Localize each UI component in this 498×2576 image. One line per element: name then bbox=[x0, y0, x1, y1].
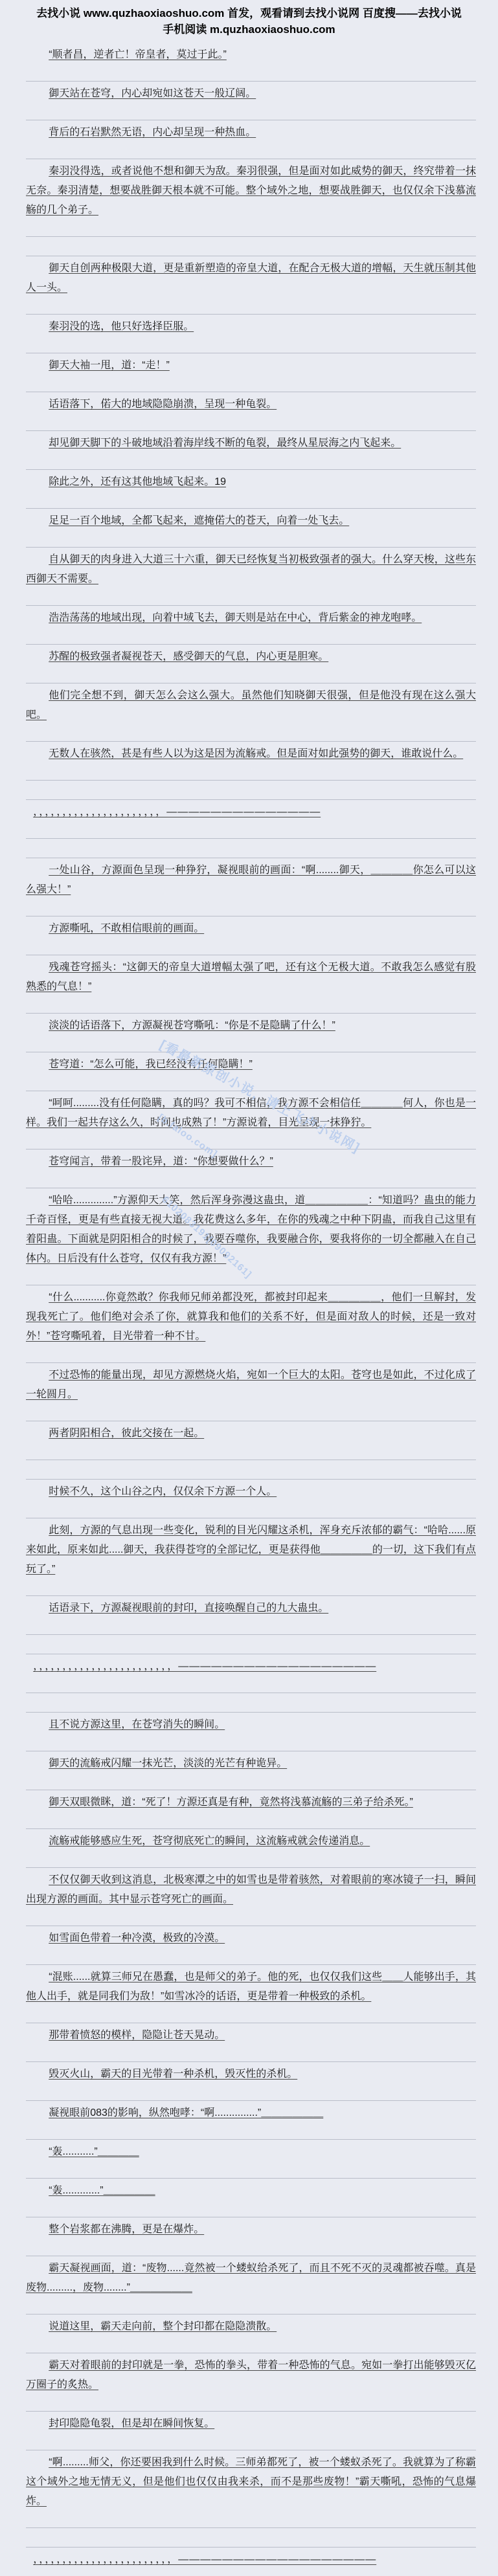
scene-separator-line: ，，，，，，，，，，，，，，，，，，，，，，，，————————————————… bbox=[26, 2550, 476, 2570]
blank-ruled-line bbox=[26, 1463, 476, 1482]
novel-paragraph: 时候不久，这个山谷之内，仅仅余下方源一个人。 bbox=[26, 1482, 476, 1502]
novel-paragraph: 此刻，方源的气息出现一些变化，锐利的目光闪耀这杀机，浑身充斥浓郁的霸气：“哈哈.… bbox=[26, 1521, 476, 1579]
novel-paragraph: “什么...........你竟然敢？你我师兄师弟都没死，都被封印起来＿＿＿＿＿… bbox=[26, 1288, 476, 1346]
novel-paragraph: “轰...........”＿＿＿＿ bbox=[26, 2142, 476, 2162]
novel-paragraph: 话语落下，偌大的地域隐隐崩溃，呈现一种龟裂。 bbox=[26, 395, 476, 414]
novel-paragraph: 凝视眼前083的影响，纵然咆哮：“啊...............”＿＿＿＿＿＿ bbox=[26, 2104, 476, 2123]
novel-paragraph: 封印隐隐龟裂，但是却在瞬间恢复。 bbox=[26, 2414, 476, 2434]
blank-ruled-line bbox=[26, 900, 476, 919]
novel-paragraph: 他们完全想不到，御天怎么会这么强大。虽然他们知晓御天很强，但是他没有现在这么强大… bbox=[26, 686, 476, 725]
blank-ruled-line bbox=[26, 589, 476, 608]
novel-paragraph: 御天双眼微眯，道：“死了！方源还真是有种，竟然将浅慕流觞的三弟子给杀死。” bbox=[26, 1793, 476, 1812]
novel-paragraph: 整个岩浆都在沸腾，更是在爆炸。 bbox=[26, 2220, 476, 2239]
blank-ruled-line bbox=[26, 2123, 476, 2142]
blank-ruled-line bbox=[26, 1773, 476, 1793]
site-notice-header: 去找小说 www.quzhaoxiaoshuo.com 首发，观看请到去找小说网… bbox=[0, 0, 498, 38]
blank-ruled-line bbox=[26, 1133, 476, 1152]
novel-paragraph: 苍穹闻言，带着一股诧异，道：“你想要做什么？” bbox=[26, 1152, 476, 1171]
blank-ruled-line bbox=[26, 2084, 476, 2104]
novel-paragraph: 霸天凝视画面，道：“废物......竟然被一个蝼蚁给杀死了，而且不死不灭的灵魂都… bbox=[26, 2259, 476, 2298]
scene-separator-line: ，，，，，，，，，，，，，，，，，，，，，，，，————————————————… bbox=[26, 1657, 476, 1676]
blank-ruled-line bbox=[26, 104, 476, 123]
blank-ruled-line bbox=[26, 65, 476, 84]
blank-ruled-line bbox=[26, 783, 476, 803]
blank-ruled-line bbox=[26, 1074, 476, 1094]
novel-paragraph: “呵呵.........没有任何隐瞒，真的吗？我可不相信，我方源不会相信任＿＿＿… bbox=[26, 1094, 476, 1133]
blank-ruled-line bbox=[26, 997, 476, 1016]
blank-ruled-line bbox=[26, 1735, 476, 1754]
novel-paragraph: 御天自创两种极限大道，更是重新塑造的帝皇大道，在配合无极大道的增幅，天生就压制其… bbox=[26, 259, 476, 298]
blank-ruled-line bbox=[26, 414, 476, 434]
novel-paragraph: 方源嘶吼，不敢相信眼前的画面。 bbox=[26, 919, 476, 938]
novel-paragraph: 苍穹道：“怎么可能，我已经没有任何隐瞒！” bbox=[26, 1055, 476, 1074]
novel-paragraph: 那带着愤怒的模样，隐隐让苍天晃动。 bbox=[26, 2026, 476, 2045]
novel-paragraph: 苏醒的极致强者凝视苍天，感受御天的气息，内心更是胆寒。 bbox=[26, 647, 476, 667]
novel-paragraph: “顺者昌，逆者亡！帝皇者，莫过于此。” bbox=[26, 45, 476, 65]
site-notice-line1: 去找小说 www.quzhaoxiaoshuo.com 首发，观看请到去找小说网… bbox=[0, 5, 498, 21]
blank-ruled-line bbox=[26, 1579, 476, 1599]
blank-ruled-line bbox=[26, 1638, 476, 1657]
blank-ruled-line bbox=[26, 531, 476, 550]
blank-ruled-line bbox=[26, 938, 476, 958]
novel-reader-page: { "page": { "background": "#e9ebf2", "ru… bbox=[0, 0, 498, 2576]
novel-content: “顺者昌，逆者亡！帝皇者，莫过于此。”御天站在苍穹，内心却宛如这苍天一般辽阔。背… bbox=[0, 38, 498, 2576]
blank-ruled-line bbox=[26, 2162, 476, 2181]
novel-paragraph: 残魂苍穹摇头：“这御天的帝皇大道增幅太强了吧，还有这个无极大道。不敢我怎么感觉有… bbox=[26, 958, 476, 997]
blank-ruled-line bbox=[26, 1346, 476, 1366]
blank-ruled-line bbox=[26, 453, 476, 472]
blank-ruled-line bbox=[26, 2395, 476, 2414]
blank-ruled-line bbox=[26, 2531, 476, 2550]
blank-ruled-line bbox=[26, 1851, 476, 1871]
novel-paragraph: 秦羽没的选，他只好选择臣服。 bbox=[26, 317, 476, 337]
novel-paragraph: 说道这里，霸天走向前，整个封印都在隐隐溃散。 bbox=[26, 2317, 476, 2337]
novel-paragraph: 自从御天的肉身进入大道三十六重，御天已经恢复当初极致强者的强大。什么穿天梭，这些… bbox=[26, 550, 476, 589]
blank-ruled-line bbox=[26, 1948, 476, 1968]
novel-paragraph: 一处山谷，方源面色呈现一种狰狞，凝视眼前的画面：“啊........御天，＿＿＿… bbox=[26, 861, 476, 900]
novel-paragraph: 不过恐怖的能量出现，却见方源燃烧火焰，宛如一个巨大的太阳。苍穹也是如此，不过化成… bbox=[26, 1366, 476, 1405]
blank-ruled-line bbox=[26, 2239, 476, 2259]
blank-ruled-line bbox=[26, 1036, 476, 1055]
novel-paragraph: 除此之外，还有这其他地域飞起来。19 bbox=[26, 472, 476, 492]
novel-paragraph: 御天大袖一甩，道：“走！” bbox=[26, 356, 476, 375]
novel-paragraph: 浩浩荡荡的地域出现，向着中域飞去，御天则是站在中心，背后紫金的神龙咆哮。 bbox=[26, 608, 476, 628]
novel-paragraph: 两者阴阳相合，彼此交接在一起。 bbox=[26, 1424, 476, 1443]
blank-ruled-line bbox=[26, 1696, 476, 1715]
blank-ruled-line bbox=[26, 142, 476, 162]
blank-ruled-line bbox=[26, 1909, 476, 1929]
site-notice-line2: 手机阅读 m.quzhaoxiaoshuo.com bbox=[0, 21, 498, 38]
blank-ruled-line bbox=[26, 239, 476, 259]
blank-ruled-line bbox=[26, 2298, 476, 2317]
blank-ruled-line bbox=[26, 2434, 476, 2453]
scene-separator-line: ，，，，，，，，，，，，，，，，，，，，，，—————————————— bbox=[26, 803, 476, 822]
novel-paragraph: 霸天对着眼前的封印就是一拳，恐怖的拳头，带着一种恐怖的气息。宛如一拳打出能够毁灭… bbox=[26, 2356, 476, 2395]
blank-ruled-line bbox=[26, 1269, 476, 1288]
novel-paragraph: 流觞戒能够感应生死，苍穹彻底死亡的瞬间，这流觞戒就会传递消息。 bbox=[26, 1832, 476, 1851]
blank-ruled-line bbox=[26, 375, 476, 395]
blank-ruled-line bbox=[26, 2201, 476, 2220]
blank-ruled-line bbox=[26, 725, 476, 744]
novel-paragraph: 话语录下，方源凝视眼前的封印，直接唤醒自己的九大蛊虫。 bbox=[26, 1599, 476, 1618]
novel-paragraph: 如雪面色带着一种冷漠，极致的冷漠。 bbox=[26, 1929, 476, 1948]
blank-ruled-line bbox=[26, 841, 476, 861]
novel-paragraph: 御天的流觞戒闪耀一抹光芒，淡淡的光芒有种诡异。 bbox=[26, 1754, 476, 1773]
blank-ruled-line bbox=[26, 492, 476, 511]
blank-ruled-line bbox=[26, 1171, 476, 1191]
blank-ruled-line bbox=[26, 298, 476, 317]
novel-paragraph: 足足一百个地域，全都飞起来，遮掩偌大的苍天，向着一处飞去。 bbox=[26, 511, 476, 531]
blank-ruled-line bbox=[26, 822, 476, 841]
novel-paragraph: 却见御天脚下的斗破地域沿着海岸线不断的龟裂，最终从星辰海之内飞起来。 bbox=[26, 434, 476, 453]
novel-paragraph: “啊.........师父，你还要困我到什么时候。三师弟都死了，被一个蝼蚁杀死了… bbox=[26, 2453, 476, 2511]
novel-paragraph: “轰.............”＿＿＿＿＿ bbox=[26, 2181, 476, 2201]
blank-ruled-line bbox=[26, 1618, 476, 1638]
novel-paragraph: 秦羽没得选，或者说他不想和御天为敌。秦羽很强，但是面对如此威势的御天，终究带着一… bbox=[26, 162, 476, 220]
blank-ruled-line bbox=[26, 1405, 476, 1424]
novel-paragraph: “哈哈..............”方源仰天大笑，然后浑身弥漫这蛊虫，道＿＿＿＿… bbox=[26, 1191, 476, 1269]
novel-paragraph: 御天站在苍穹，内心却宛如这苍天一般辽阔。 bbox=[26, 84, 476, 104]
novel-paragraph: 毁灭火山，霸天的目光带着一种杀机，毁灭性的杀机。 bbox=[26, 2065, 476, 2084]
blank-ruled-line bbox=[26, 667, 476, 686]
blank-ruled-line bbox=[26, 1443, 476, 1463]
novel-paragraph: 且不说方源这里，在苍穹消失的瞬间。 bbox=[26, 1715, 476, 1735]
blank-ruled-line bbox=[26, 628, 476, 647]
novel-paragraph: 淡淡的话语落下，方源凝视苍穹嘶吼：“你是不是隐瞒了什么！” bbox=[26, 1016, 476, 1036]
blank-ruled-line bbox=[26, 2045, 476, 2065]
blank-ruled-line bbox=[26, 337, 476, 356]
blank-ruled-line bbox=[26, 764, 476, 783]
blank-ruled-line bbox=[26, 2006, 476, 2026]
novel-paragraph: 不仅仅御天收到这消息，北极寒潭之中的如雪也是带着骇然，对着眼前的寒冰镜子一扫，瞬… bbox=[26, 1871, 476, 1909]
novel-paragraph: 背后的石岩默然无语，内心却呈现一种热血。 bbox=[26, 123, 476, 142]
novel-paragraph: 无数人在骇然，甚是有些人以为这是因为流觞戒。但是面对如此强势的御天，谁敢说什么。 bbox=[26, 744, 476, 764]
blank-ruled-line bbox=[26, 220, 476, 239]
blank-ruled-line bbox=[26, 1812, 476, 1832]
blank-ruled-line bbox=[26, 1676, 476, 1696]
blank-ruled-line bbox=[26, 1502, 476, 1521]
blank-ruled-line bbox=[26, 2337, 476, 2356]
novel-paragraph: “混账......就算三师兄在愚蠢，也是师父的弟子。他的死，也仅仅我们这些＿＿人… bbox=[26, 1968, 476, 2006]
